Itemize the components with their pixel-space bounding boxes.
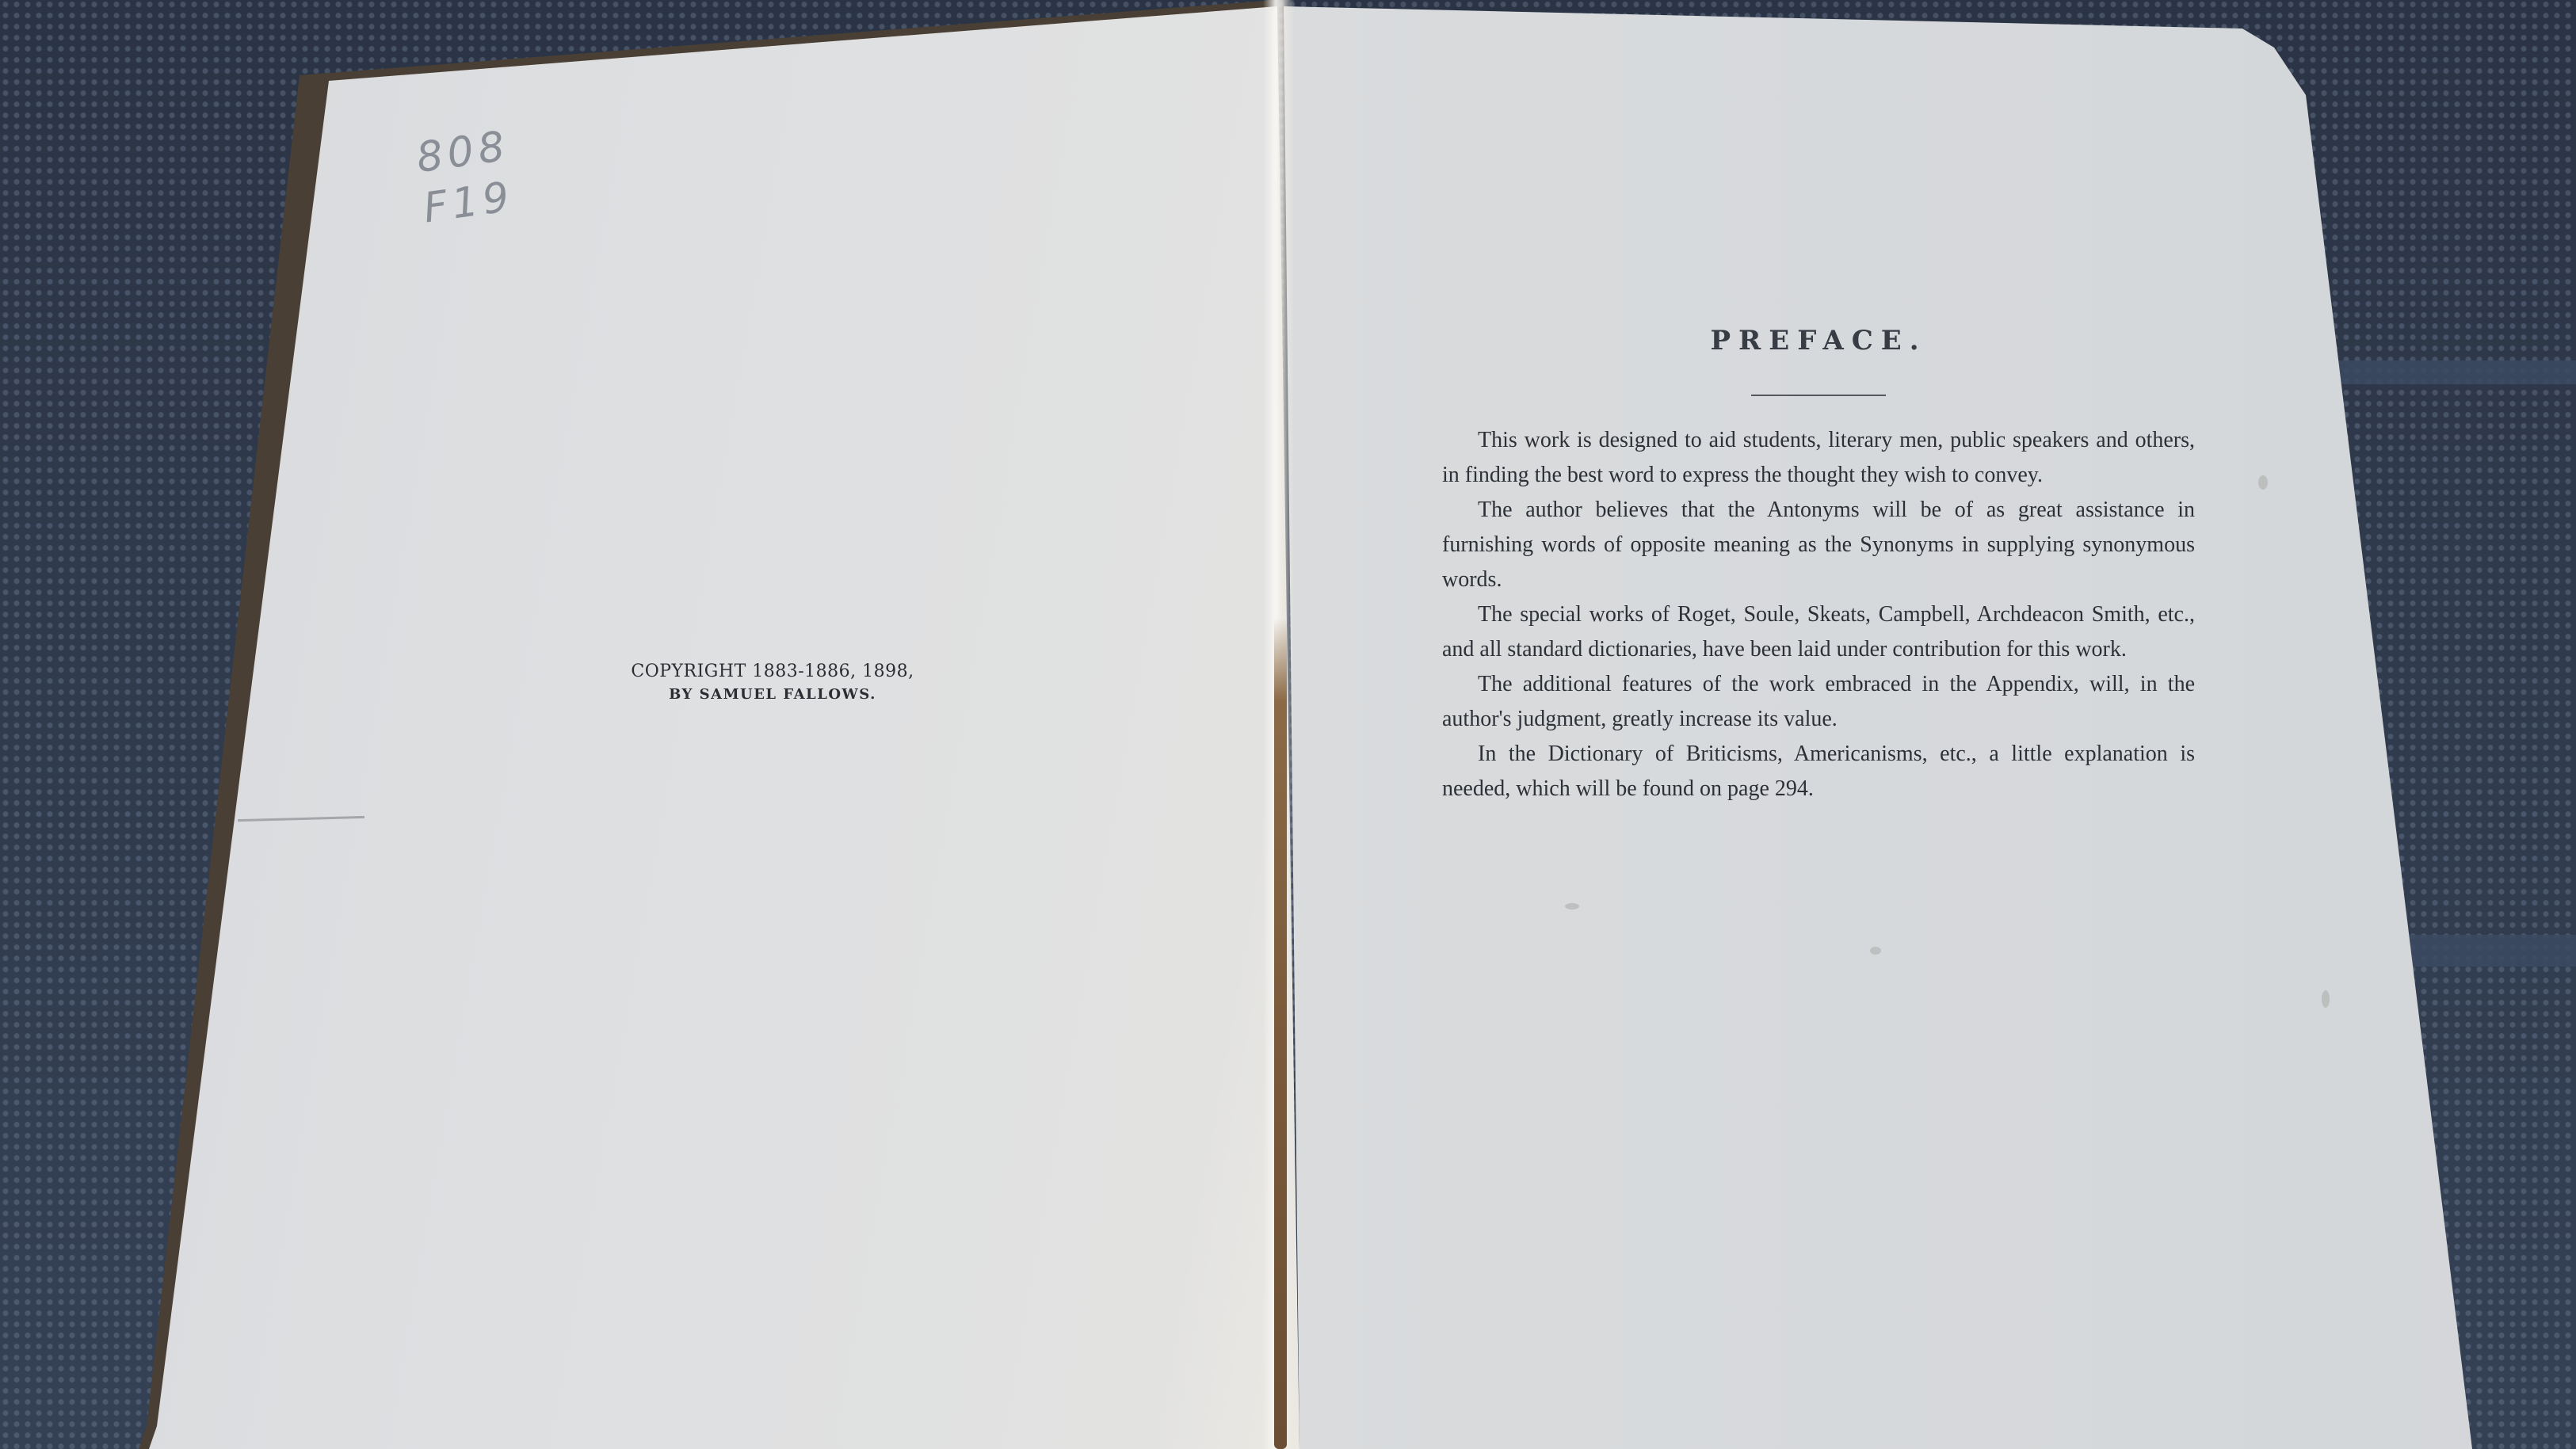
copyright-notice: COPYRIGHT 1883-1886, 1898, BY SAMUEL FAL… — [630, 662, 915, 703]
preface-paragraph: This work is designed to aid students, l… — [1442, 423, 2195, 493]
spine-tear — [1274, 618, 1287, 1449]
left-page — [0, 0, 1299, 1449]
paper-spot — [2258, 475, 2268, 490]
paper-spot — [2322, 990, 2330, 1008]
preface-body: This work is designed to aid students, l… — [1442, 423, 2195, 806]
preface-paragraph: The author believes that the Antonyms wi… — [1442, 493, 2195, 597]
paper-spot — [1870, 947, 1881, 955]
preface-section: PREFACE. This work is designed to aid st… — [1442, 325, 2195, 806]
title-rule — [1751, 395, 1886, 396]
preface-paragraph: The special works of Roget, Soule, Skeat… — [1442, 597, 2195, 667]
copyright-line-1: COPYRIGHT 1883-1886, 1898, — [630, 662, 915, 681]
paper-spot — [1565, 903, 1579, 909]
handwritten-catalog-number: 808 F19 — [414, 120, 520, 234]
copyright-line-2: BY SAMUEL FALLOWS. — [630, 686, 915, 703]
preface-paragraph: The additional features of the work embr… — [1442, 667, 2195, 737]
preface-paragraph: In the Dictionary of Briticisms, America… — [1442, 737, 2195, 806]
preface-title: PREFACE. — [1442, 325, 2195, 357]
mat-stripe-lower — [2409, 935, 2576, 967]
mat-stripe-upper — [2322, 360, 2576, 384]
